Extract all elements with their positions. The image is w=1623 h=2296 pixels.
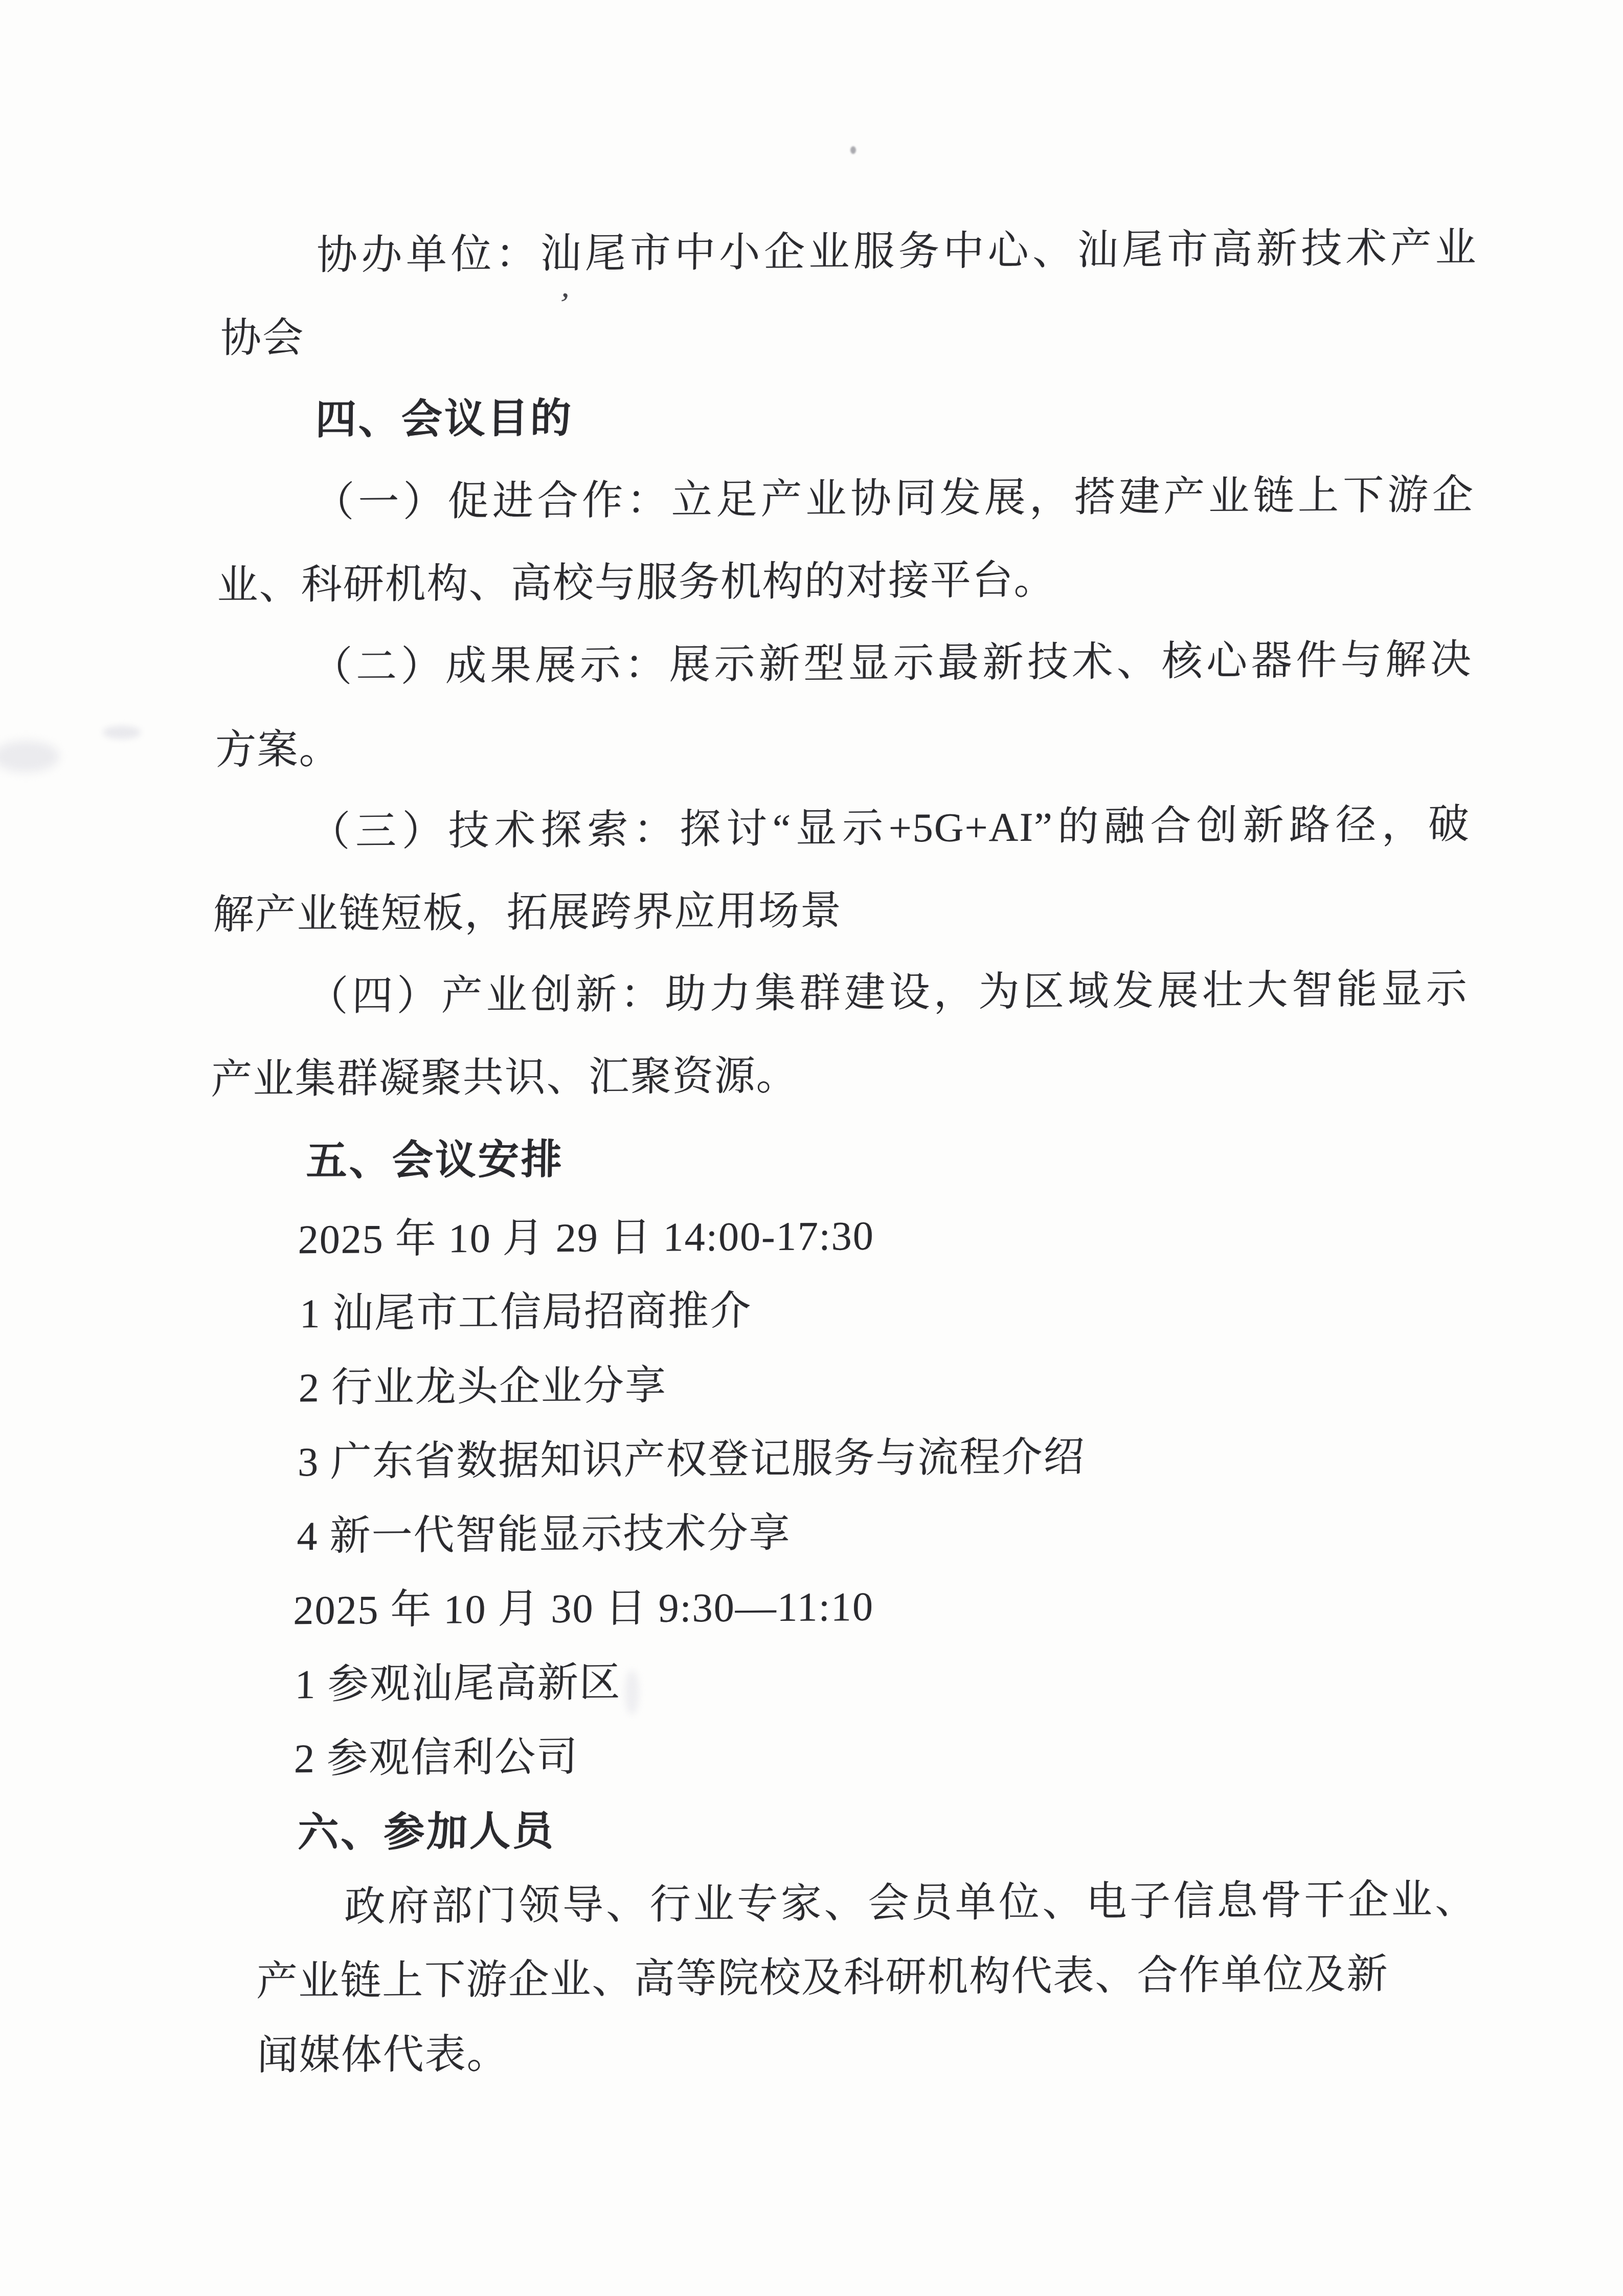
text-line: 解产业链短板，拓展跨界应用场景 bbox=[213, 865, 1615, 956]
text-line: （一）促进合作：立足产业协同发展，搭建产业链上下游企 bbox=[313, 454, 1475, 544]
text-line: 2025 年 10 月 30 日 9:30—11:10 bbox=[293, 1565, 1606, 1648]
text-line: （四）产业创新：助力集群建设，为区域发展壮大智能显示 bbox=[307, 948, 1469, 1038]
text-line: 闻媒体代表。 bbox=[257, 2010, 1601, 2093]
text-line: 协办单位：汕尾市中小企业服务中心、汕尾市高新技术产业 bbox=[316, 207, 1478, 297]
text-line: 政府部门领导、行业专家、会员单位、电子信息骨干企业、 bbox=[344, 1863, 1477, 1945]
scanned-document-page: 协办单位：汕尾市中小企业服务中心、汕尾市高新技术产业协会四、会议目的（一）促进合… bbox=[0, 0, 1623, 2296]
text-line: 协会 bbox=[220, 288, 1622, 380]
text-line: 产业链上下游企业、高等院校及科研机构代表、合作单位及新 bbox=[256, 1936, 1602, 2019]
text-line: 2 行业龙头企业分享 bbox=[298, 1343, 1609, 1425]
text-line: 3 广东省数据知识产权登记服务与流程介绍 bbox=[297, 1417, 1608, 1500]
scan-smudge bbox=[625, 1670, 639, 1715]
text-line: 业、科研机构、高校与服务机构的对接平台。 bbox=[217, 536, 1619, 627]
text-line: （三）技术探索：探讨“显示+5G+AI”的融合创新路径，破 bbox=[309, 784, 1471, 874]
text-line: 4 新一代智能显示技术分享 bbox=[297, 1491, 1607, 1574]
text-line: 2 参观信利公司 bbox=[294, 1713, 1604, 1796]
scanner-noise-edge bbox=[0, 2291, 1623, 2296]
text-line: 四、会议目的 bbox=[315, 371, 1621, 462]
text-line: 1 参观汕尾高新区 bbox=[295, 1639, 1605, 1722]
text-line: 五、会议安排 bbox=[306, 1112, 1612, 1203]
text-line: 2025 年 10 月 29 日 14:00-17:30 bbox=[298, 1194, 1611, 1277]
text-line: 方案。 bbox=[215, 700, 1617, 792]
text-line: 1 汕尾市工信局招商推介 bbox=[299, 1268, 1610, 1351]
scan-smudge bbox=[103, 726, 141, 739]
document-text-block: 协办单位：汕尾市中小企业服务中心、汕尾市高新技术产业协会四、会议目的（一）促进合… bbox=[0, 206, 1623, 2095]
text-line: 六、参加人员 bbox=[297, 1788, 1603, 1870]
ink-speck bbox=[850, 146, 856, 154]
text-line: （二）成果展示：展示新型显示最新技术、核心器件与解决 bbox=[311, 619, 1473, 709]
scanner-noise-band bbox=[0, 2277, 1623, 2292]
text-line: 产业集群凝聚共识、汇聚资源。 bbox=[211, 1030, 1613, 1121]
